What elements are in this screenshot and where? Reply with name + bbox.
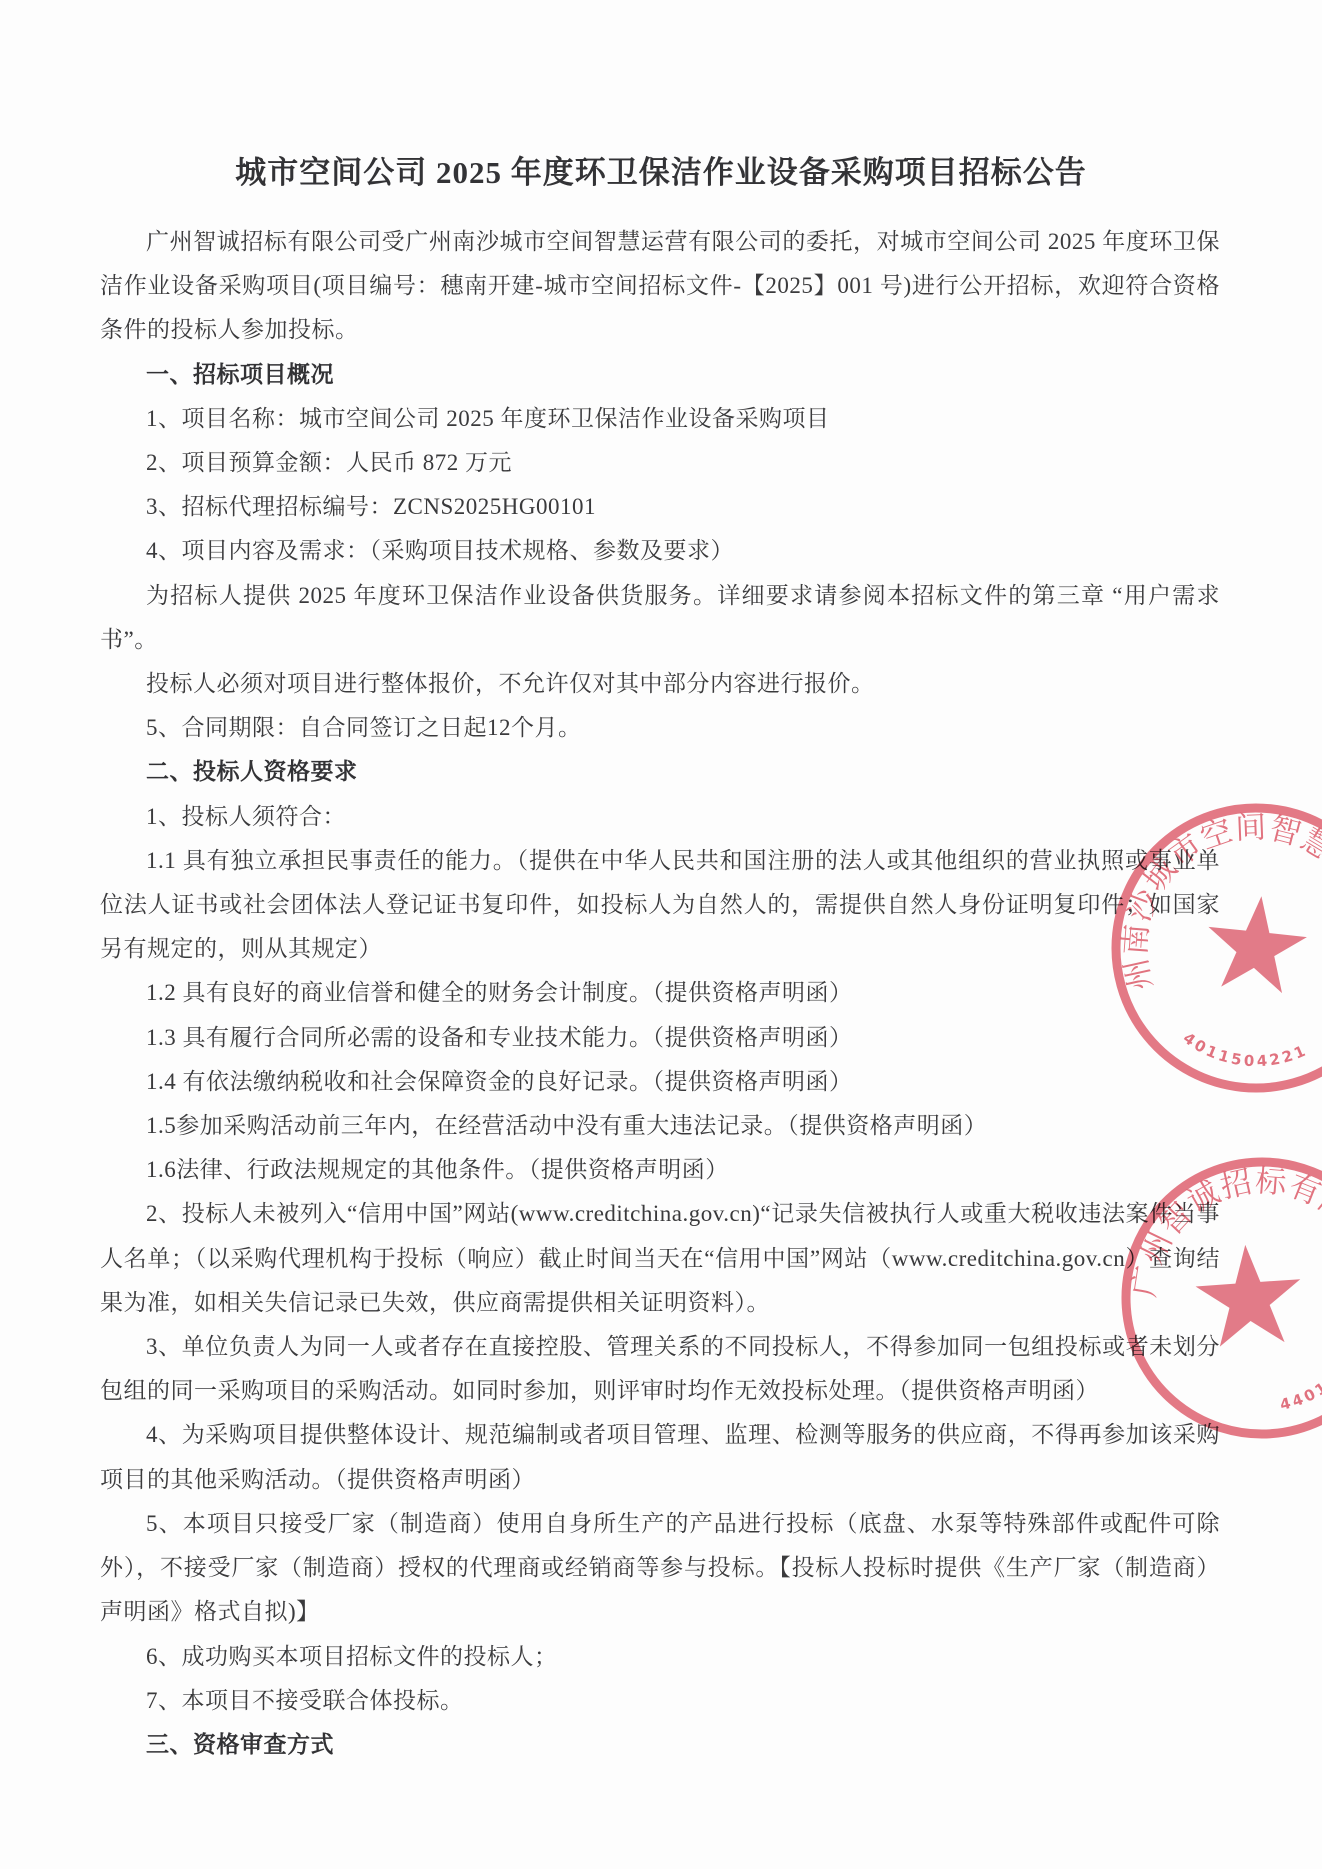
- paragraph-1-3: 1.3 具有履行合同所必需的设备和专业技术能力。（提供资格声明函）: [100, 1016, 1220, 1060]
- paragraph-1-5: 1.5参加采购活动前三年内，在经营活动中没有重大违法记录。（提供资格声明函）: [100, 1104, 1220, 1148]
- seal-serial-number: 4401: [1277, 1377, 1322, 1415]
- paragraph-contract-term: 5、合同期限：自合同签订之日起12个月。: [100, 706, 1220, 750]
- paragraph-credit-china: 2、投标人未被列入“信用中国”网站(www.creditchina.gov.cn…: [100, 1192, 1220, 1325]
- paragraph-budget: 2、项目预算金额：人民币 872 万元: [100, 441, 1220, 485]
- paragraph-1-4: 1.4 有依法缴纳税收和社会保障资金的良好记录。（提供资格声明函）: [100, 1060, 1220, 1104]
- document-title: 城市空间公司 2025 年度环卫保洁作业设备采购项目招标公告: [80, 152, 1242, 194]
- paragraph-supply-service: 为招标人提供 2025 年度环卫保洁作业设备供货服务。详细要求请参阅本招标文件的…: [100, 574, 1220, 662]
- intro-paragraph: 广州智诚招标有限公司受广州南沙城市空间智慧运营有限公司的委托，对城市空间公司 2…: [100, 220, 1220, 353]
- star-icon: [1193, 1241, 1305, 1348]
- paragraph-design-supplier: 4、为采购项目提供整体设计、规范编制或者项目管理、监理、检测等服务的供应商，不得…: [100, 1413, 1220, 1501]
- paragraph-project-name: 1、项目名称：城市空间公司 2025 年度环卫保洁作业设备采购项目: [100, 397, 1220, 441]
- paragraph-1-1: 1.1 具有独立承担民事责任的能力。（提供在中华人民共和国注册的法人或其他组织的…: [100, 839, 1220, 972]
- paragraph-1-2: 1.2 具有良好的商业信誉和健全的财务会计制度。（提供资格声明函）: [100, 971, 1220, 1015]
- document-body: 广州智诚招标有限公司受广州南沙城市空间智慧运营有限公司的委托，对城市空间公司 2…: [100, 220, 1220, 1767]
- paragraph-purchased-docs: 6、成功购买本项目招标文件的投标人；: [100, 1635, 1220, 1679]
- section-heading-2: 二、投标人资格要求: [100, 750, 1220, 794]
- paragraph-content-needs: 4、项目内容及需求：（采购项目技术规格、参数及要求）: [100, 529, 1220, 573]
- paragraph-agency-number: 3、招标代理招标编号：ZCNS2025HG00101: [100, 485, 1220, 529]
- agency-seal-stamp: 广州智诚招标有限公司 4401: [1102, 1138, 1322, 1458]
- owner-company-seal-stamp: 广州南沙城市空间智慧运营有限公司 440115042218: [1091, 783, 1322, 1113]
- paragraph-whole-quote: 投标人必须对项目进行整体报价，不允许仅对其中部分内容进行报价。: [100, 662, 1220, 706]
- section-heading-1: 一、招标项目概况: [100, 353, 1220, 397]
- section-heading-3: 三、资格审查方式: [100, 1723, 1220, 1767]
- star-icon: [1202, 891, 1310, 995]
- paragraph-no-consortium: 7、本项目不接受联合体投标。: [100, 1679, 1220, 1723]
- document-page: 城市空间公司 2025 年度环卫保洁作业设备采购项目招标公告 广州智诚招标有限公…: [0, 0, 1322, 1869]
- paragraph-bidder-must: 1、投标人须符合：: [100, 795, 1220, 839]
- seal-company-name: 广州智诚招标有限公司: [1118, 1154, 1322, 1302]
- paragraph-manufacturer-only: 5、本项目只接受厂家（制造商）使用自身所生产的产品进行投标（底盘、水泵等特殊部件…: [100, 1502, 1220, 1635]
- paragraph-1-6: 1.6法律、行政法规规定的其他条件。（提供资格声明函）: [100, 1148, 1220, 1192]
- paragraph-same-leader: 3、单位负责人为同一人或者存在直接控股、管理关系的不同投标人，不得参加同一包组投…: [100, 1325, 1220, 1413]
